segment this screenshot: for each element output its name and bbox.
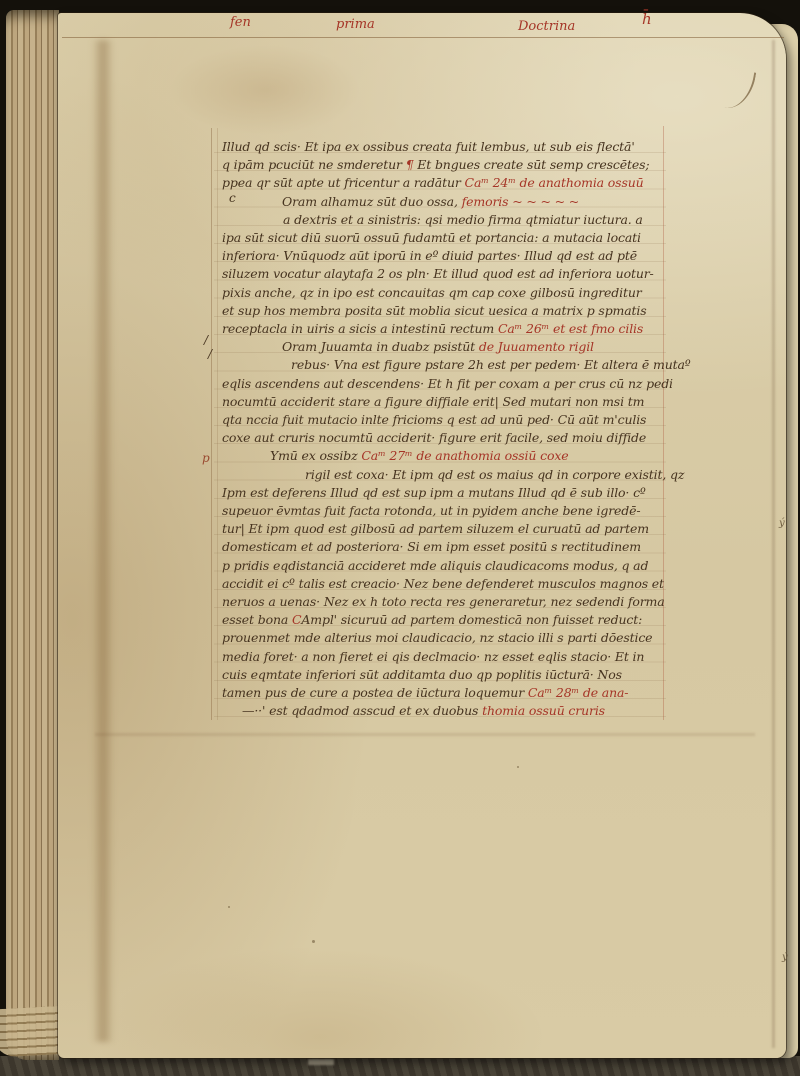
ink-speck <box>517 766 519 768</box>
body-text: tur| Et ipm quod est gilbosū ad partem s… <box>222 521 649 536</box>
margin-mark: / <box>204 334 208 346</box>
body-text: —··' est qdadmod asscud et ex duobus <box>242 703 482 718</box>
body-text: nocumtū acciderit stare a figure diffial… <box>222 394 644 409</box>
rubric-text: C <box>292 612 301 627</box>
vertical-crease <box>772 40 775 1048</box>
manuscript-line-27: esset bona CAmpl' sicuruū ad partem dome… <box>222 613 642 627</box>
body-text: Ymū ex ossibz <box>270 448 361 463</box>
ink-speck <box>228 906 230 908</box>
body-text: qta nccia fuit mutacio inlte fricioms q … <box>222 412 646 427</box>
body-text: Ipm est deferens Illud qd est sup ipm a … <box>222 485 646 500</box>
manuscript-line-31: tamen pus de cure a postea de iūctura lo… <box>222 686 628 700</box>
rubric-text: thomia ossuū cruris <box>482 703 605 718</box>
body-text: inferiora· Vnūquodz aūt iporū in eº diui… <box>222 248 637 263</box>
running-title-fen: fen <box>230 16 251 30</box>
manuscript-scan: fen prima Doctrina h̄ Illud qd scis· Et … <box>0 0 800 1076</box>
manuscript-line-3: ppea qr sūt apte ut fricentur a radātur … <box>222 176 644 190</box>
quire-mark: h̄ <box>642 12 652 26</box>
manuscript-line-17: coxe aut cruris nocumtū acciderit· figur… <box>222 431 646 445</box>
manuscript-line-11: receptacla in uiris a sicis a intestinū … <box>222 322 643 336</box>
manuscript-line-21: supeuor ēvmtas fuit facta rotonda, ut in… <box>222 504 640 518</box>
rubric-text: Caᵐ 27ᵐ de anathomia ossiū coxe <box>361 448 568 463</box>
manuscript-line-5: a dextris et a sinistris: qsi medio firm… <box>283 213 643 227</box>
manuscript-line-25: accidit ei cº talis est creacio· Nez ben… <box>222 577 664 591</box>
body-text: et sup hos membra posita sūt moblia sicu… <box>222 303 647 318</box>
manuscript-line-24: p pridis eqdistanciā accideret mde aliqu… <box>222 559 648 573</box>
body-text: cuis eqmtate inferiori sūt additamta duo… <box>222 667 622 682</box>
body-text: domesticam et ad posteriora· Si em ipm e… <box>222 539 641 554</box>
manuscript-line-29: media foret· a non fieret ei qis declmac… <box>222 650 644 664</box>
margin-mark: c <box>229 192 236 204</box>
body-text: tamen pus de cure a postea de iūctura lo… <box>222 685 528 700</box>
page-edge-stack <box>6 10 59 1060</box>
rubric-text: femoris ~ ~ ~ ~ ~ <box>462 194 579 209</box>
manuscript-line-12: Oram Juuamta in duabz psistūt de Juuamen… <box>282 340 594 354</box>
running-title-prima: prima <box>336 18 375 32</box>
body-text: rigil est coxa· Et ipm qd est os maius q… <box>305 467 684 482</box>
header-ruling-line <box>62 37 784 38</box>
body-text: p pridis eqdistanciā accideret mde aliqu… <box>222 558 648 573</box>
body-text: esset bona <box>222 612 292 627</box>
body-text: neruos a uenas· Nez ex h toto recta res … <box>222 594 665 609</box>
body-text: siluzem vocatur alaytafa 2 os pln· Et il… <box>222 266 654 281</box>
body-text: pixis anche, qz in ipo est concauitas qm… <box>222 285 642 300</box>
text-frame-left-line <box>211 128 212 720</box>
body-text: coxe aut cruris nocumtū acciderit· figur… <box>222 430 646 445</box>
ink-speck <box>312 940 315 943</box>
manuscript-line-20: Ipm est deferens Illud qd est sup ipm a … <box>222 486 646 500</box>
manuscript-line-23: domesticam et ad posteriora· Si em ipm e… <box>222 540 641 554</box>
body-text: rebus· Vna est figure pstare 2h est per … <box>291 357 691 372</box>
margin-mark: ý <box>782 952 788 964</box>
manuscript-line-26: neruos a uenas· Nez ex h toto recta res … <box>222 595 665 609</box>
rubric-text: Caᵐ 24ᵐ de anathomia ossuū <box>465 175 644 190</box>
body-text: Oram Juuamta in duabz psistūt <box>282 339 479 354</box>
manuscript-line-19: rigil est coxa· Et ipm qd est os maius q… <box>305 468 684 482</box>
rubric-text: de Juuamento rigil <box>479 339 594 354</box>
manuscript-line-13: rebus· Vna est figure pstare 2h est per … <box>291 358 691 372</box>
body-text: q ipām pcuciūt ne smderetur <box>222 157 406 172</box>
manuscript-line-6: ipa sūt sicut diū suorū ossuū fudamtū et… <box>222 231 641 245</box>
body-text: eqlis ascendens aut descendens· Et h fit… <box>222 376 673 391</box>
body-text: media foret· a non fieret ei qis declmac… <box>222 649 644 664</box>
margin-mark: p <box>202 452 210 464</box>
body-text: receptacla in uiris a sicis a intestinū … <box>222 321 498 336</box>
rubric-text: Caᵐ 26ᵐ et est fmo cilis <box>498 321 643 336</box>
manuscript-line-32: —··' est qdadmod asscud et ex duobus tho… <box>242 704 605 718</box>
body-text: Ampl' sicuruū ad partem domesticā non fu… <box>301 612 642 627</box>
parchment-stain <box>170 45 360 135</box>
manuscript-line-1: Illud qd scis· Et ipa ex ossibus creata … <box>222 140 635 154</box>
body-text: Et bngues create sūt semp crescētes; <box>413 157 649 172</box>
body-text: ipa sūt sicut diū suorū ossuū fudamtū et… <box>222 230 641 245</box>
manuscript-line-16: qta nccia fuit mutacio inlte fricioms q … <box>222 413 646 427</box>
table-surface <box>0 1056 800 1076</box>
manuscript-line-8: siluzem vocatur alaytafa 2 os pln· Et il… <box>222 267 654 281</box>
body-text: accidit ei cº talis est creacio· Nez ben… <box>222 576 664 591</box>
manuscript-line-30: cuis eqmtate inferiori sūt additamta duo… <box>222 668 622 682</box>
horizontal-crease <box>95 733 755 736</box>
rubric-text: Caᵐ 28ᵐ de ana- <box>528 685 629 700</box>
manuscript-line-7: inferiora· Vnūquodz aūt iporū in eº diui… <box>222 249 637 263</box>
margin-mark: / <box>208 348 212 360</box>
gutter-stain <box>92 40 114 1042</box>
body-text: Illud qd scis· Et ipa ex ossibus creata … <box>222 139 635 154</box>
manuscript-line-9: pixis anche, qz in ipo est concauitas qm… <box>222 286 642 300</box>
manuscript-line-18: Ymū ex ossibz Caᵐ 27ᵐ de anathomia ossiū… <box>270 449 568 463</box>
table-highlight <box>308 1059 334 1065</box>
manuscript-line-28: prouenmet mde alterius moi claudicacio, … <box>222 631 652 645</box>
margin-mark: ý <box>779 518 785 530</box>
manuscript-line-4: Oram alhamuz sūt duo ossa, femoris ~ ~ ~… <box>282 195 579 209</box>
manuscript-line-15: nocumtū acciderit stare a figure diffial… <box>222 395 644 409</box>
manuscript-line-22: tur| Et ipm quod est gilbosū ad partem s… <box>222 522 649 536</box>
body-text: prouenmet mde alterius moi claudicacio, … <box>222 630 652 645</box>
manuscript-line-14: eqlis ascendens aut descendens· Et h fit… <box>222 377 673 391</box>
manuscript-line-2: q ipām pcuciūt ne smderetur ¶ Et bngues … <box>222 158 649 172</box>
manuscript-line-10: et sup hos membra posita sūt moblia sicu… <box>222 304 647 318</box>
body-text: a dextris et a sinistris: qsi medio firm… <box>283 212 643 227</box>
body-text: supeuor ēvmtas fuit facta rotonda, ut in… <box>222 503 640 518</box>
body-text: Oram alhamuz sūt duo ossa, <box>282 194 462 209</box>
body-text: ppea qr sūt apte ut fricentur a radātur <box>222 175 465 190</box>
running-title-doctrina: Doctrina <box>518 20 575 34</box>
